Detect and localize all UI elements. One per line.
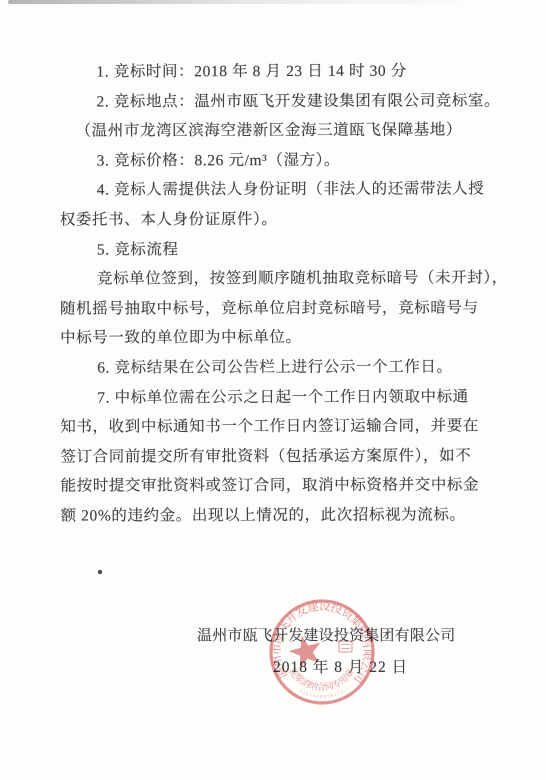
stamp-inner-mark xyxy=(339,641,352,652)
doc-line: 知书，收到中标通知书一个工作日内签订运输合同，并要在 xyxy=(60,412,500,443)
doc-line: 3. 竞标价格：8.26 元/m³（湿方）。 xyxy=(60,145,500,176)
company-seal-stamp: 温州市瓯飞开发建设投资集团有限公司 泥浆消纳合同专用章 330108009011… xyxy=(254,584,390,720)
seal-arc-top-text: 温州市瓯飞开发建设投资集团有限公司 xyxy=(269,598,376,687)
stray-ink-dot xyxy=(98,570,102,574)
doc-line: 中标号一致的单位即为中标单位。 xyxy=(60,323,500,354)
doc-line: 权委托书、本人身份证原件）。 xyxy=(60,204,500,235)
doc-line: （温州市龙湾区滨海空港新区金海三道瓯飞保障基地） xyxy=(60,116,500,147)
doc-line: 随机摇号抽取中标号，竞标单位启封竞标暗号，竞标暗号与 xyxy=(60,293,500,324)
doc-line: 4. 竞标人需提供法人身份证明（非法人的还需带法人授 xyxy=(60,175,500,206)
svg-text:温州市瓯飞开发建设投资集团有限公司: 温州市瓯飞开发建设投资集团有限公司 xyxy=(269,598,376,687)
doc-line: 签订合同前提交所有审批资料（包括承运方案原件），如不 xyxy=(60,441,500,472)
scanned-document-page: { "page": { "background_color": "#fdfdfc… xyxy=(0,0,546,780)
doc-line: 2. 竞标地点：温州市瓯飞开发建设集团有限公司竞标室。 xyxy=(59,86,499,117)
seal-arc-bottom-text: 泥浆消纳合同专用章 xyxy=(287,666,356,692)
doc-line: 7. 中标单位需在公示之日起一个工作日内领取中标通 xyxy=(60,382,500,413)
document-body: 1. 竞标时间：2018 年 8 月 23 日 14 时 30 分 2. 竞标地… xyxy=(59,56,500,531)
doc-line: 竞标单位签到，按签到顺序随机抽取竞标暗号（未开封）， xyxy=(60,264,500,295)
scanner-edge-shadow xyxy=(8,0,460,4)
star-icon xyxy=(286,631,325,669)
doc-line: 额 20%的违约金。出现以上情况的，此次招标视为流标。 xyxy=(61,500,501,531)
doc-line: 6. 竞标结果在公司公告栏上进行公示一个工作日。 xyxy=(60,352,500,383)
doc-line: 1. 竞标时间：2018 年 8 月 23 日 14 时 30 分 xyxy=(59,56,499,87)
svg-text:泥浆消纳合同专用章: 泥浆消纳合同专用章 xyxy=(287,666,356,692)
doc-line: 5. 竞标流程 xyxy=(60,234,500,265)
doc-line: 能按时提交审批资料或签订合同，取消中标资格并交中标金 xyxy=(60,471,500,502)
